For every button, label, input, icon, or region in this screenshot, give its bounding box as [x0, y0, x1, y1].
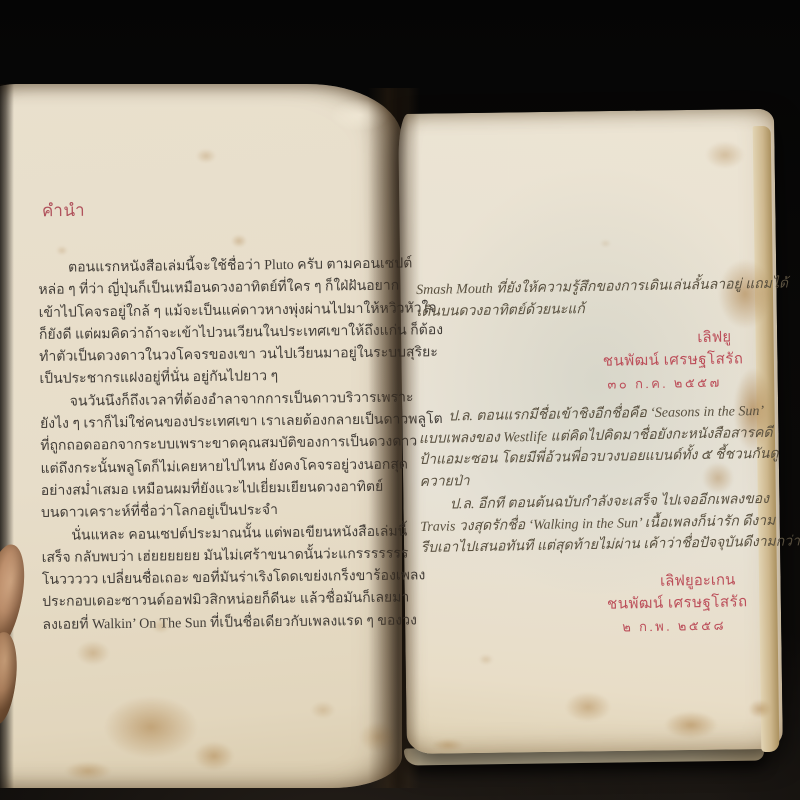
foxing-spot — [70, 636, 116, 670]
foxing-spot — [698, 136, 752, 174]
preface-heading: คำนำ — [42, 197, 85, 224]
foxing-spot — [654, 706, 728, 744]
paragraph: Smash Mouth ที่ยังให้ความรู้สึกของการเดิ… — [416, 274, 773, 323]
text-line: อย่างสม่ำเสมอ เหมือนผมที่ยังแวะไปเยี่ยมเ… — [41, 477, 397, 504]
page-curl-highlight — [318, 92, 402, 138]
signature-date: ๓๐ ก.ค. ๒๕๕๗ — [418, 370, 774, 400]
book-photo: คำนำ ตอนแรกหนังสือเล่มนี้จะใช้ชื่อว่า Pl… — [0, 0, 800, 800]
foxing-spot — [306, 698, 340, 722]
foxing-spot — [744, 696, 776, 722]
signature-block: เลิฟยู ชนพัฒน์ เศรษฐโสรัถ ๓๐ ก.ค. ๒๕๕๗ — [417, 327, 774, 400]
foxing-spot — [54, 244, 70, 257]
foxing-spot — [476, 652, 496, 667]
left-text: ตอนแรกหนังสือเล่มนี้จะใช้ชื่อว่า Pluto ค… — [38, 254, 399, 637]
foxing-spot — [598, 238, 613, 249]
paragraph: ป.ล. ตอนแรกมีชื่อเข้าชิงอีกชื่อคือ ‘Seas… — [418, 401, 775, 493]
right-opening: Smash Mouth ที่ยังให้ความรู้สึกของการเดิ… — [416, 274, 773, 323]
paragraph: นั่นแหละ คอนเซปต์ประมาณนั้น แต่พอเขียนหน… — [41, 521, 398, 637]
signature-block: เลิฟยูอะเกน ชนพัฒน์ เศรษฐโสรัถ ๒ ก.พ. ๒๕… — [421, 569, 778, 642]
foxing-spot — [426, 736, 470, 754]
paragraph: ตอนแรกหนังสือเล่มนี้จะใช้ชื่อว่า Pluto ค… — [38, 254, 396, 392]
text-line: ลงเอยที่ Walkin’ On The Sun ที่เป็นชื่อเ… — [42, 610, 398, 637]
right-text: Smash Mouth ที่ยังให้ความรู้สึกของการเดิ… — [416, 274, 778, 643]
right-postscripts: ป.ล. ตอนแรกมีชื่อเข้าชิงอีกชื่อคือ ‘Seas… — [418, 401, 777, 560]
foxing-spot — [56, 758, 120, 784]
paragraph: ป.ล. อีกที ตอนต้นฉบับกำลังจะเสร็จ ไปเจออ… — [420, 489, 777, 560]
foxing-spot — [228, 232, 250, 250]
foxing-spot — [192, 146, 220, 166]
foxing-spot — [186, 736, 242, 776]
foxing-spot — [556, 686, 620, 728]
foxing-spot — [352, 716, 404, 758]
paragraph: จนวันนึงก็ถึงเวลาที่ต้องอำลาจากการเป็นดา… — [40, 387, 398, 525]
